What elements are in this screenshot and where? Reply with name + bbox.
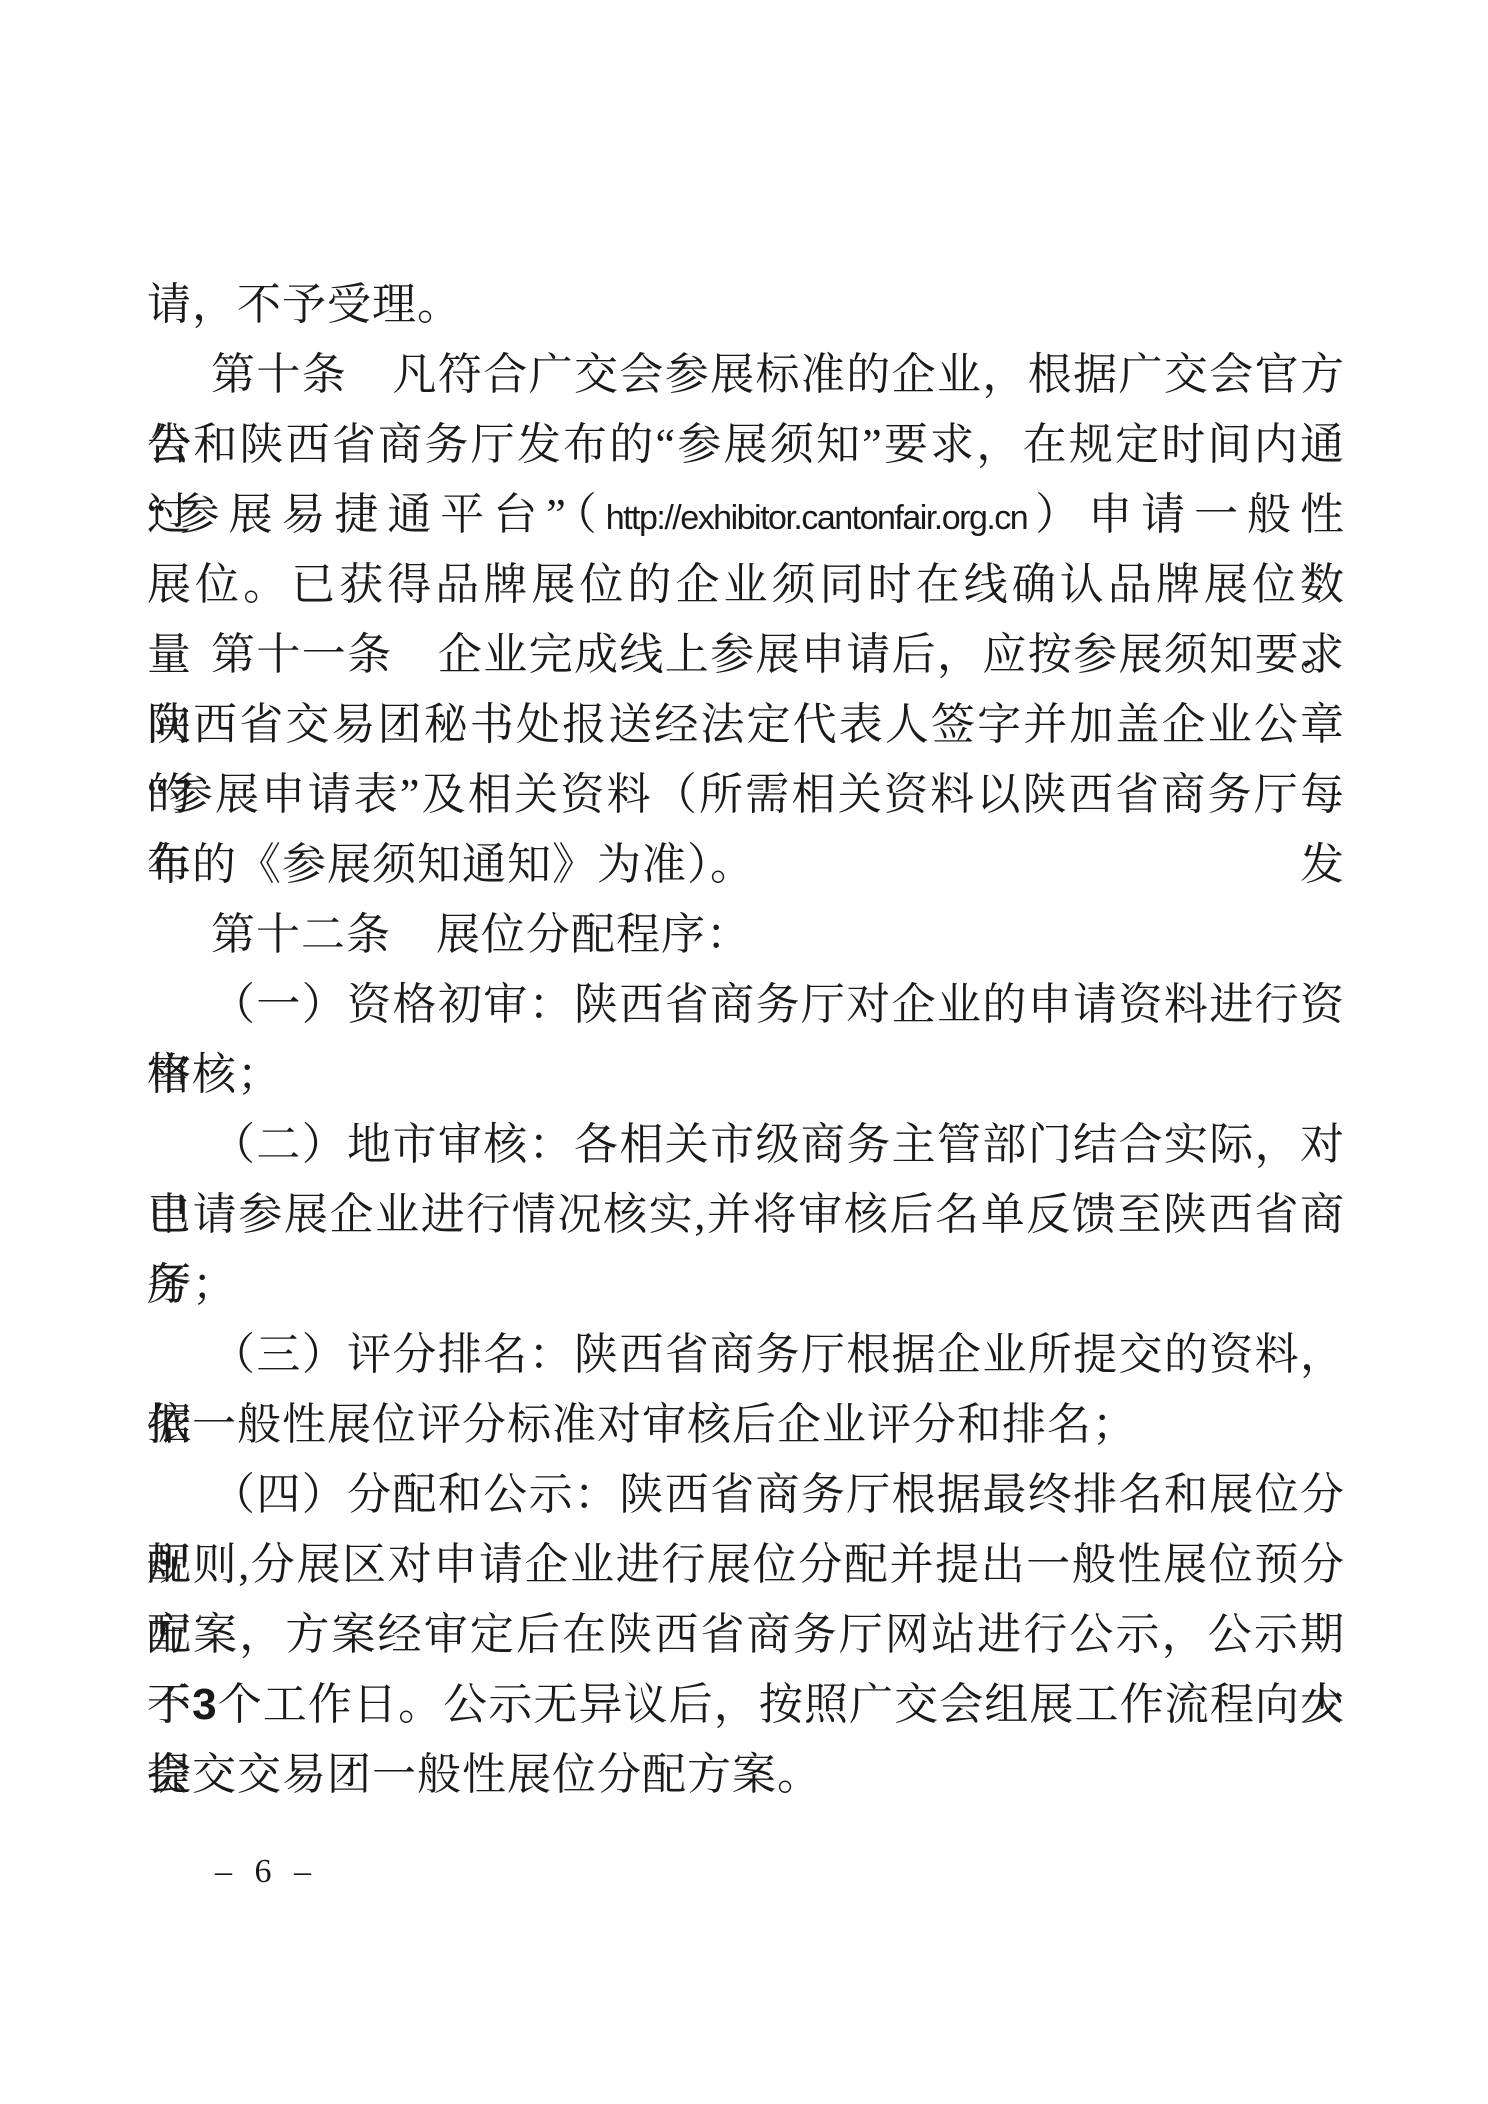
document-line: 申请参展企业进行情况核实,并将审核后名单反馈至陕西省商务 <box>147 1180 1345 1250</box>
document-line: 陕西省交易团秘书处报送经法定代表人签字并加盖企业公章的 <box>147 690 1345 760</box>
line-text: ）申请一般性 <box>1027 490 1345 539</box>
document-line: “参展申请表”及相关资料（所需相关资料以陕西省商务厅每年发 <box>147 760 1345 830</box>
document-line: 规则,分展区对申请企业进行展位分配并提出一般性展位预分配 <box>147 1530 1345 1600</box>
line-text: “参展易捷通平台”（ <box>147 490 606 539</box>
document-line: 方案，方案经审定后在陕西省商务厅网站进行公示，公示期不少 <box>147 1600 1345 1670</box>
document-line: 据一般性展位评分标准对审核后企业评分和排名； <box>147 1390 1345 1460</box>
line-text: 于 <box>147 1680 192 1729</box>
item-3-line: （三）评分排名：陕西省商务厅根据企业所提交的资料，依 <box>147 1320 1345 1390</box>
article-11-line: 第十一条 企业完成线上参展申请后，应按参展须知要求向 <box>147 620 1345 690</box>
document-line: 请，不予受理。 <box>147 270 1345 340</box>
document-page: 请，不予受理。 第十条 凡符合广交会参展标准的企业，根据广交会官方公 告和陕西省… <box>0 0 1488 2104</box>
document-line-with-number: 于3个工作日。公示无异议后，按照广交会组展工作流程向大会 <box>147 1670 1345 1740</box>
document-line: 审核； <box>147 1040 1345 1110</box>
item-1-line: （一）资格初审：陕西省商务厅对企业的申请资料进行资格 <box>147 970 1345 1040</box>
article-12-line: 第十二条 展位分配程序： <box>147 900 1345 970</box>
page-number: – 6 – <box>215 1852 313 1892</box>
item-4-line: （四）分配和公示：陕西省商务厅根据最终排名和展位分配 <box>147 1460 1345 1530</box>
document-line: 厅； <box>147 1250 1345 1320</box>
document-line: 提交交易团一般性展位分配方案。 <box>147 1740 1345 1810</box>
item-2-line: （二）地市审核：各相关市级商务主管部门结合实际，对已 <box>147 1110 1345 1180</box>
workdays-number: 3 <box>192 1680 217 1729</box>
article-10-line: 第十条 凡符合广交会参展标准的企业，根据广交会官方公 <box>147 340 1345 410</box>
document-body: 请，不予受理。 第十条 凡符合广交会参展标准的企业，根据广交会官方公 告和陕西省… <box>0 0 1488 1810</box>
document-line: 告和陕西省商务厅发布的“参展须知”要求，在规定时间内通过 <box>147 410 1345 480</box>
document-line: 展位。已获得品牌展位的企业须同时在线确认品牌展位数量。 <box>147 550 1345 620</box>
document-line-with-url: “参展易捷通平台”（http://exhibitor.cantonfair.or… <box>147 480 1345 550</box>
platform-url-text: http://exhibitor.cantonfair.org.cn <box>606 499 1028 537</box>
